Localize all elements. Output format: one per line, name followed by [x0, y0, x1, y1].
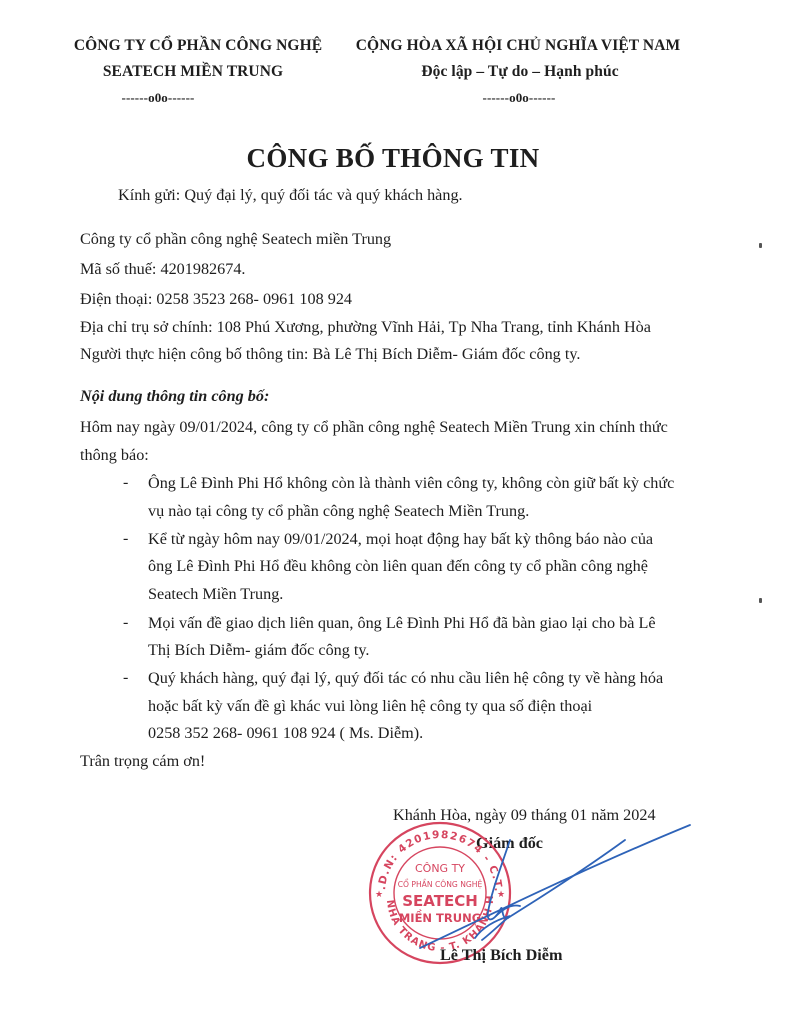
document-title: CÔNG BỐ THÔNG TIN: [247, 143, 540, 174]
header-right-separator: ------o0o------: [483, 90, 556, 106]
bullet-1-line-2: vụ nào tại công ty cổ phần công nghệ Sea…: [148, 502, 529, 521]
closing-remark: Trân trọng cám ơn!: [80, 752, 205, 771]
scan-speck: [759, 243, 762, 248]
bullet-2-line-2: ông Lê Đình Phi Hổ đều không còn liên qu…: [148, 557, 648, 576]
tax-code: Mã số thuế: 4201982674.: [80, 260, 245, 279]
bullet-marker: -: [123, 530, 128, 548]
bullet-marker: -: [123, 669, 128, 687]
scan-speck: [759, 598, 762, 603]
phone: Điện thoại: 0258 3523 268- 0961 108 924: [80, 290, 352, 309]
bullet-1-line-1: Ông Lê Đình Phi Hổ không còn là thành vi…: [148, 474, 674, 493]
signer-name: Lê Thị Bích Diễm: [440, 946, 562, 965]
address: Địa chỉ trụ sở chính: 108 Phú Xương, phư…: [80, 318, 651, 337]
bullet-4-line-1: Quý khách hàng, quý đại lý, quý đối tác …: [148, 669, 663, 688]
bullet-4-line-3: 0258 352 268- 0961 108 924 ( Ms. Diễm).: [148, 724, 423, 743]
svg-text:★: ★: [375, 890, 383, 900]
intro-line-1: Hôm nay ngày 09/01/2024, công ty cổ phần…: [80, 418, 668, 437]
bullet-marker: -: [123, 614, 128, 632]
bullet-marker: -: [123, 474, 128, 492]
header-left-separator: ------o0o------: [122, 90, 195, 106]
announcer: Người thực hiện công bố thông tin: Bà Lê…: [80, 345, 580, 364]
company-name-line1: CÔNG TY CỔ PHẦN CÔNG NGHỆ: [74, 37, 322, 55]
salutation: Kính gửi: Quý đại lý, quý đối tác và quý…: [118, 186, 463, 205]
bullet-3-line-2: Thị Bích Diễm- giám đốc công ty.: [148, 641, 369, 660]
company-name: Công ty cổ phần công nghệ Seatech miền T…: [80, 230, 391, 249]
national-motto: Độc lập – Tự do – Hạnh phúc: [421, 63, 618, 81]
handwritten-signature: [400, 820, 700, 960]
bullet-3-line-1: Mọi vấn đề giao dịch liên quan, ông Lê Đ…: [148, 614, 656, 633]
intro-line-2: thông báo:: [80, 446, 149, 465]
content-heading: Nội dung thông tin công bố:: [80, 387, 269, 406]
bullet-4-line-2: hoặc bất kỳ vấn đề gì khác vui lòng liên…: [148, 697, 592, 716]
bullet-2-line-3: Seatech Miền Trung.: [148, 585, 283, 604]
company-name-line2: SEATECH MIỀN TRUNG: [103, 63, 283, 81]
national-title: CỘNG HÒA XÃ HỘI CHỦ NGHĨA VIỆT NAM: [356, 37, 681, 55]
bullet-2-line-1: Kể từ ngày hôm nay 09/01/2024, mọi hoạt …: [148, 530, 653, 549]
